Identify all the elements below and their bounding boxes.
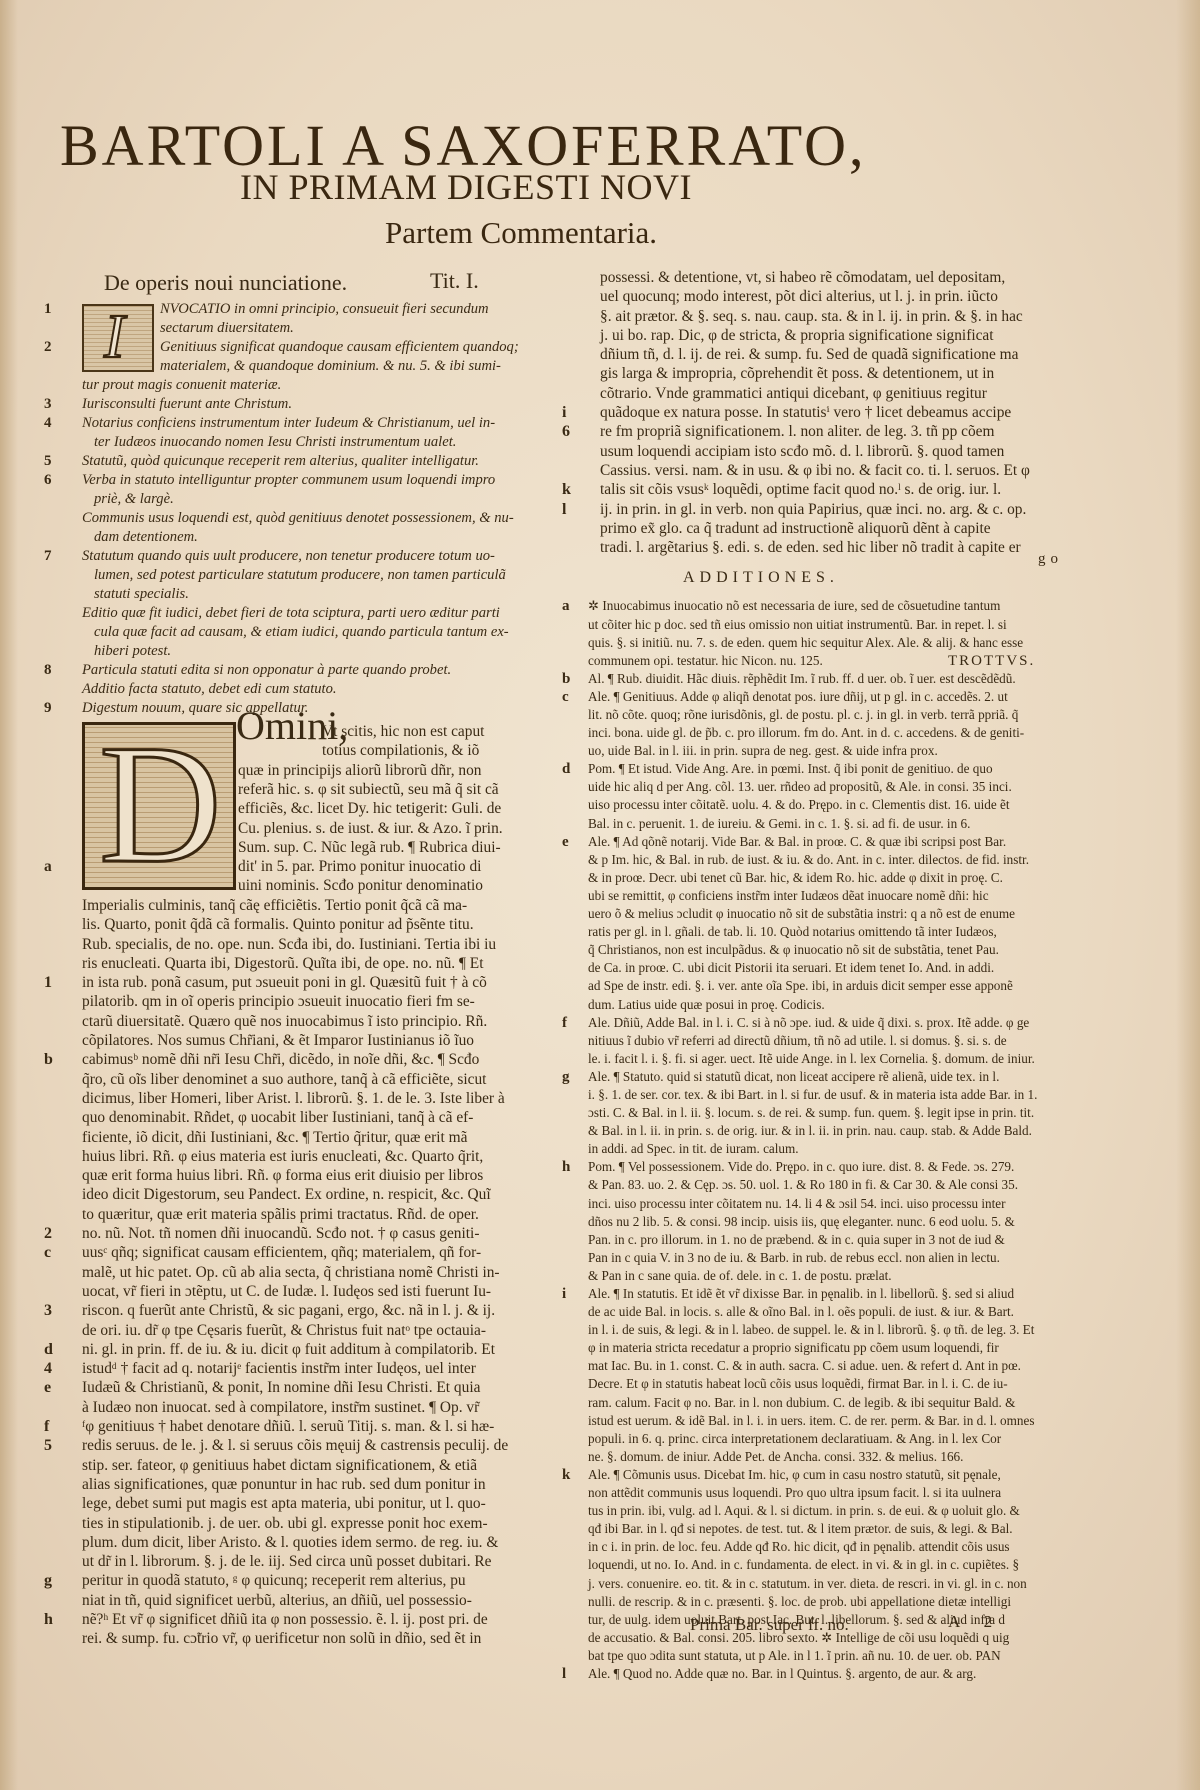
text-line: Vt scitis, hic non est caput bbox=[322, 722, 484, 741]
line-text: dños nu 2 lib. 5. & consi. 98 incip. uis… bbox=[588, 1213, 1015, 1231]
line-text: dñium tñ, d. l. ij. de rei. & sump. fu. … bbox=[600, 345, 1018, 364]
page-subtitle: Partem Commentaria. bbox=[385, 215, 657, 251]
text-line: eIudæũ & Christianũ, & ponit, In nomine … bbox=[30, 1378, 550, 1397]
summary-item: materialem, & quandoque dominium. & nu. … bbox=[30, 357, 550, 376]
text-line: bat tpe quo ɔdita sunt statuta, ut p Ale… bbox=[548, 1647, 1128, 1665]
book-page: BARTOLI A SAXOFERRATO, IN PRIMAM DIGESTI… bbox=[0, 0, 1200, 1790]
text-line: bcabimusᵇ nomẽ dñi nr̃i Iesu Chr̃i, dicẽ… bbox=[30, 1050, 550, 1069]
summary-number: 2 bbox=[44, 338, 52, 357]
line-text: pilatorib. qm in oĩ operis principio ɔsu… bbox=[82, 992, 475, 1011]
text-line: nulli. de rescrip. & in c. præsenti. §. … bbox=[548, 1593, 1128, 1611]
commentary-text-continued: possessi. & detentione, vt, si habeo rẽ … bbox=[548, 268, 1128, 557]
line-text: ratis per gl. in l. gñali. de tab. li. 1… bbox=[588, 923, 997, 941]
text-line: Imperialis culminis, tanq̃ cãę efficiẽti… bbox=[30, 896, 550, 915]
summary-item: statuti specialis. bbox=[30, 585, 550, 604]
text-line: ratis per gl. in l. gñali. de tab. li. 1… bbox=[548, 923, 1128, 941]
text-line: non attẽdit communis usus loquendi. Pro … bbox=[548, 1484, 1128, 1502]
line-text: φ in materia stricta recedatur a proprio… bbox=[588, 1339, 999, 1357]
text-line: 4istudᵈ † facit ad q. notarijᵉ facientis… bbox=[30, 1359, 550, 1378]
text-line: Pan in c quia V. in 3 no de iu. & Barb. … bbox=[548, 1249, 1128, 1267]
line-text: ad Spe de instr. edi. §. i. ver. ante oĩ… bbox=[588, 977, 1013, 995]
text-line: uide hic aliq d per Ang. cõl. 13. uer. r… bbox=[548, 778, 1128, 796]
line-text: no. nũ. Not. tñ nomen dñi inuocandũ. Scđ… bbox=[82, 1224, 479, 1243]
summary-item: 6Verba in statuto intelliguntur propter … bbox=[30, 471, 550, 490]
line-text: uiso processu inter cõitatẽ. uolu. 4. & … bbox=[588, 796, 1010, 814]
line-text: ni. gl. in prin. ff. de iu. & iu. dicit … bbox=[82, 1340, 495, 1359]
summary-text: sectarum diuersitatem. bbox=[160, 319, 294, 338]
summary-text: Notarius conficiens instrumentum inter I… bbox=[82, 414, 495, 433]
summary-text: tur prout magis conuenit materiæ. bbox=[82, 376, 281, 395]
line-text: dum. Latius uide quæ posui in proę. Codi… bbox=[588, 996, 825, 1014]
line-text: Bal. in c. peruenit. 1. de iureiu. & Gem… bbox=[588, 815, 970, 833]
line-text: uo, uide Bal. in l. iii. in prin. supra … bbox=[588, 742, 938, 760]
text-line: §. ait prætor. & §. seq. s. nau. caup. s… bbox=[548, 307, 1128, 326]
line-text: Ale. Dñiũ, Adde Bal. in l. i. C. si à nõ… bbox=[588, 1014, 1029, 1032]
text-line: ktalis sit cõis vsusᵏ loquẽdi, optime fa… bbox=[548, 480, 1128, 499]
line-text: istud est uerum. & idẽ Bal. in l. i. in … bbox=[588, 1412, 1034, 1430]
text-line: Decre. Et φ in statutis habeat locũ cõis… bbox=[548, 1375, 1128, 1393]
line-text: uel quocunq; modo interest, põt dici alt… bbox=[600, 287, 998, 306]
text-line: dñium tñ, d. l. ij. de rei. & sump. fu. … bbox=[548, 345, 1128, 364]
line-text: to quæritur, quæ erit materia spãlis pri… bbox=[82, 1205, 479, 1224]
summary-item: hiberi potest. bbox=[30, 642, 550, 661]
line-text: istudᵈ † facit ad q. notarijᵉ facientis … bbox=[82, 1359, 476, 1378]
line-text: tradi. l. argẽtarius §. edi. s. de eden.… bbox=[600, 538, 1021, 557]
summary-text: hiberi potest. bbox=[94, 642, 171, 661]
text-line: malẽ, ut hic patet. Op. cũ ab alia secta… bbox=[30, 1263, 550, 1282]
margin-note-letter: f bbox=[562, 1014, 567, 1032]
text-line: uiso processu inter cõitatẽ. uolu. 4. & … bbox=[548, 796, 1128, 814]
margin-note-letter: g bbox=[562, 1068, 570, 1086]
summary-text: lumen, sed potest particulare statutum p… bbox=[94, 566, 506, 585]
summary-text: Editio quæ fit iudici, debet fieri de to… bbox=[82, 604, 500, 623]
line-text: non attẽdit communis usus loquendi. Pro … bbox=[588, 1484, 1001, 1502]
text-line: quo denominabit. Rñdet, φ uocabit liber … bbox=[30, 1108, 550, 1127]
margin-note-letter: c bbox=[44, 1243, 51, 1262]
text-line: cõtrario. Vnde grammatici antiqui diceba… bbox=[548, 384, 1128, 403]
line-text: lege, debet sumi put magis est apta mate… bbox=[82, 1494, 486, 1513]
line-text: usum loquendi accipiam isto scđo mõ. d. … bbox=[600, 442, 1004, 461]
line-text: cõtrario. Vnde grammatici antiqui diceba… bbox=[600, 384, 987, 403]
right-column: possessi. & detentione, vt, si habeo rẽ … bbox=[548, 268, 1128, 1683]
line-text: riscon. q fuerũt ante Christũ, & sic pag… bbox=[82, 1301, 495, 1320]
text-line: ut dr̃ in l. librorum. §. j. de le. iij.… bbox=[30, 1552, 550, 1571]
line-text: uusᶜ qñq; significat causam efficientem,… bbox=[82, 1243, 481, 1262]
text-line: ris enucleati. Quarta ibi, Digestorũ. Qu… bbox=[30, 954, 550, 973]
margin-note-letter: 5 bbox=[44, 1436, 52, 1455]
line-text: ram. calum. Facit φ no. Bar. in l. non d… bbox=[588, 1394, 1015, 1412]
text-line: i. §. 1. de ser. cor. tex. & ibi Bart. i… bbox=[548, 1086, 1128, 1104]
text-line: & p Im. hic, & Bal. in rub. de iust. & i… bbox=[548, 851, 1128, 869]
summary-text: Verba in statuto intelliguntur propter c… bbox=[82, 471, 495, 490]
summary-item: priè, & largè. bbox=[30, 490, 550, 509]
text-line: cõpilatores. Nos sumus Chr̃iani, & ẽt Im… bbox=[30, 1031, 550, 1050]
text-line: populi. in 6. q. princ. circa interpreta… bbox=[548, 1430, 1128, 1448]
line-text: & in proœ. Decr. ubi tenet cũ Bar. hic, … bbox=[588, 869, 1003, 887]
text-line: de ori. iu. dr̃ φ tpe Cęsaris fuerũt, & … bbox=[30, 1321, 550, 1340]
margin-note-letter: i bbox=[562, 1285, 566, 1303]
text-line: uini nominis. Scđo ponitur denominatio bbox=[238, 876, 483, 895]
text-line: ut cõiter hic p doc. sed tñ eius omissio… bbox=[548, 616, 1128, 634]
text-line: le. i. facit l. i. §. fi. si ager. uect.… bbox=[548, 1050, 1128, 1068]
summary-item: sectarum diuersitatem. bbox=[30, 319, 550, 338]
line-text: de Ca. in proœ. C. ubi dicit Pistorii it… bbox=[588, 959, 994, 977]
line-text: quãdoque ex natura posse. In statutisⁱ v… bbox=[600, 403, 1011, 422]
line-text: quæ erit forma huius libri. Rñ. φ forma … bbox=[82, 1166, 483, 1185]
text-line: plum. dum dicit, liber Aristo. & l. quot… bbox=[30, 1533, 550, 1552]
line-text: communem opi. testatur. hic Nicon. nu. 1… bbox=[588, 652, 823, 670]
text-line: ctarũ diuersitatẽ. Quæro quẽ nos inuocab… bbox=[30, 1012, 550, 1031]
margin-note-letter: b bbox=[562, 670, 570, 688]
text-line: pilatorib. qm in oĩ operis principio ɔsu… bbox=[30, 992, 550, 1011]
margin-note-letter: k bbox=[562, 1466, 570, 1484]
line-text: rei. & sump. fu. cɔ̃trio vr̃, φ uerifice… bbox=[82, 1629, 481, 1648]
text-line: in c i. in prin. de loc. feu. Adde qđ Ro… bbox=[548, 1538, 1128, 1556]
line-text: populi. in 6. q. princ. circa interpreta… bbox=[588, 1430, 1001, 1448]
text-line: 1in ista rub. ponã casum, put ɔsueuit po… bbox=[30, 973, 550, 992]
line-text: nitiuus ĩ dubio vr̃ referri ad directũ d… bbox=[588, 1032, 1007, 1050]
additiones-heading: ADDITIONES. go bbox=[548, 557, 1128, 597]
line-text: stip. ser. fateor, φ genitiuus habet dic… bbox=[82, 1456, 477, 1475]
text-line: ram. calum. Facit φ no. Bar. in l. non d… bbox=[548, 1394, 1128, 1412]
line-text: Al. ¶ Rub. diuidit. Hãc diuis. rẽphẽdit … bbox=[588, 670, 1016, 688]
summary-text: Communis usus loquendi est, quòd genitiu… bbox=[82, 509, 514, 528]
line-text: dicimus, liber Homeri, liber Arist. l. l… bbox=[82, 1089, 505, 1108]
text-line: usum loquendi accipiam isto scđo mõ. d. … bbox=[548, 442, 1128, 461]
text-line: q̃ro, cũ oĩs liber denominet a suo autho… bbox=[30, 1070, 550, 1089]
line-text: in l. i. de suis, & legi. & in l. labeo.… bbox=[588, 1321, 1034, 1339]
line-text: ties in stipulationib. j. de uer. ob. ub… bbox=[82, 1514, 488, 1533]
line-text: q̃ Christianos, non est inculpãdus. & φ … bbox=[588, 941, 999, 959]
additiones-notes: a✲ Inuocabimus inuocatio nõ est necessar… bbox=[548, 597, 1128, 1683]
line-text: mat Iac. Bu. in 1. const. C. & in auth. … bbox=[588, 1357, 1021, 1375]
text-line: 2no. nũ. Not. tñ nomen dñi inuocandũ. Sc… bbox=[30, 1224, 550, 1243]
margin-note-letter: d bbox=[44, 1340, 53, 1359]
section-number: Tit. I. bbox=[430, 268, 479, 294]
margin-note-letter: 3 bbox=[44, 1301, 52, 1320]
text-line: kAle. ¶ Cõmunis usus. Dicebat Im. hic, φ… bbox=[548, 1466, 1128, 1484]
text-line: a✲ Inuocabimus inuocatio nõ est necessar… bbox=[548, 597, 1128, 615]
text-line: istud est uerum. & idẽ Bal. in l. i. in … bbox=[548, 1412, 1128, 1430]
text-line: & in proœ. Decr. ubi tenet cũ Bar. hic, … bbox=[548, 869, 1128, 887]
line-text: Ale. ¶ Ad qõnẽ notarij. Vide Bar. & Bal.… bbox=[588, 833, 1006, 851]
text-line: in l. i. de suis, & legi. & in l. labeo.… bbox=[548, 1321, 1128, 1339]
margin-note-letter: f bbox=[44, 1417, 49, 1436]
text-line: gis larga & impropria, cõprehendit ẽt po… bbox=[548, 364, 1128, 383]
text-line: iAle. ¶ In statutis. Et idẽ ẽt vr̃ dixis… bbox=[548, 1285, 1128, 1303]
page-signature: A 2 bbox=[948, 1612, 1002, 1632]
summary-item: lumen, sed potest particulare statutum p… bbox=[30, 566, 550, 585]
text-line: gperitur in quodã statuto, ᵍ φ quicunq; … bbox=[30, 1571, 550, 1590]
line-text: bat tpe quo ɔdita sunt statuta, ut p Ale… bbox=[588, 1647, 1001, 1665]
additiones-title: ADDITIONES. bbox=[683, 569, 839, 587]
line-text: Imperialis culminis, tanq̃ cãę efficiẽti… bbox=[82, 896, 467, 915]
line-text: alias significationes, quæ ponuntur in h… bbox=[82, 1475, 486, 1494]
text-line: hnẽ?ʰ Et vr̃ φ significet dñiũ ita φ non… bbox=[30, 1610, 550, 1629]
summary-item: 7Statutum quando quis uult producere, no… bbox=[30, 547, 550, 566]
text-line: huius libri. Rñ. φ eius materia est iuri… bbox=[30, 1147, 550, 1166]
line-text: redis seruus. de le. j. & l. si seruus c… bbox=[82, 1436, 508, 1455]
margin-note-letter: g bbox=[44, 1571, 52, 1590]
summary-number: 8 bbox=[44, 661, 52, 680]
margin-note-letter: e bbox=[44, 1378, 51, 1397]
text-line: nitiuus ĩ dubio vr̃ referri ad directũ d… bbox=[548, 1032, 1128, 1050]
line-text: q̃ro, cũ oĩs liber denominet a suo autho… bbox=[82, 1070, 486, 1089]
line-text: uero õ & melius ɔcludit φ inuocatio nõ s… bbox=[588, 905, 1015, 923]
text-line: fAle. Dñiũ, Adde Bal. in l. i. C. si à n… bbox=[548, 1014, 1128, 1032]
summary-item: 8Particula statuti edita si non opponatu… bbox=[30, 661, 550, 680]
margin-note-letter: h bbox=[44, 1610, 53, 1629]
text-line: cuusᶜ qñq; significat causam efficientem… bbox=[30, 1243, 550, 1262]
line-text: inci. uiso processu inter cõitatem nu. 1… bbox=[588, 1195, 1006, 1213]
line-text: inci. bona. uide gl. de p̃b. c. pro illo… bbox=[588, 724, 1024, 742]
text-line: cAle. ¶ Genitiuus. Adde φ aliqñ denotat … bbox=[548, 688, 1128, 706]
line-text: peritur in quodã statuto, ᵍ φ quicunq; r… bbox=[82, 1571, 466, 1590]
line-text: loquendi, ut no. Io. And. in c. fundamen… bbox=[588, 1556, 1019, 1574]
line-text: de ac uide Bal. in locis. s. alle & oĩno… bbox=[588, 1303, 1014, 1321]
summary-text: Iurisconsulti fuerunt ante Christum. bbox=[82, 395, 292, 414]
line-text: ne. §. domum. de iniur. Adde Pet. de Anc… bbox=[588, 1448, 963, 1466]
text-line: primo ex̃ glo. ca q̃ tradunt ad instruct… bbox=[548, 519, 1128, 538]
line-text: quis. §. si initiũ. nu. 7. s. de eden. q… bbox=[588, 634, 1023, 652]
line-text: Ale. ¶ Statuto. quid si statutũ dicat, n… bbox=[588, 1068, 999, 1086]
summary-text: Genitiuus significat quandoque causam ef… bbox=[160, 338, 519, 357]
text-line: uocat, vr̃ fieri in ɔtẽptu, ut C. de Iud… bbox=[30, 1282, 550, 1301]
summary-number: 4 bbox=[44, 414, 52, 433]
line-text: Ale. ¶ Cõmunis usus. Dicebat Im. hic, φ … bbox=[588, 1466, 1001, 1484]
text-line: rei. & sump. fu. cɔ̃trio vr̃, φ uerifice… bbox=[30, 1629, 550, 1648]
page-edge-left bbox=[0, 0, 18, 1790]
text-line: & Pan. 83. uo. 2. & Cęp. ɔs. 50. uol. 1.… bbox=[548, 1176, 1128, 1194]
text-line: 3riscon. q fuerũt ante Christũ, & sic pa… bbox=[30, 1301, 550, 1320]
text-line: bAl. ¶ Rub. diuidit. Hãc diuis. rẽphẽdit… bbox=[548, 670, 1128, 688]
summary-text: Particula statuti edita si non opponatur… bbox=[82, 661, 451, 680]
text-line: 5redis seruus. de le. j. & l. si seruus … bbox=[30, 1436, 550, 1455]
text-line: ubi se remittit, φ conficiens instr̃m in… bbox=[548, 887, 1128, 905]
summary-item: 3Iurisconsulti fuerunt ante Christum. bbox=[30, 395, 550, 414]
footer-signature-line: Prima Bar. super ff. no. bbox=[690, 1615, 849, 1635]
line-text: in c i. in prin. de loc. feu. Adde qđ Ro… bbox=[588, 1538, 1010, 1556]
text-line: ɔsti. C. & Bal. in l. ii. §. locum. s. d… bbox=[548, 1104, 1128, 1122]
text-line: lege, debet sumi put magis est apta mate… bbox=[30, 1494, 550, 1513]
line-text: & Pan. 83. uo. 2. & Cęp. ɔs. 50. uol. 1.… bbox=[588, 1176, 1018, 1194]
text-line: in addi. ad Spec. in tit. de iuram. calu… bbox=[548, 1140, 1128, 1158]
line-text: le. i. facit l. i. §. fi. si ager. uect.… bbox=[588, 1050, 1035, 1068]
line-text: Cassius. versi. nam. & in usu. & φ ibi n… bbox=[600, 461, 1030, 480]
margin-note-letter: d bbox=[562, 760, 570, 778]
text-line: de Ca. in proœ. C. ubi dicit Pistorii it… bbox=[548, 959, 1128, 977]
line-text: §. ait prætor. & §. seq. s. nau. caup. s… bbox=[600, 307, 1023, 326]
margin-note-letter: e bbox=[562, 833, 569, 851]
line-text: ubi se remittit, φ conficiens instr̃m in… bbox=[588, 887, 989, 905]
margin-note-letter: 4 bbox=[44, 1359, 52, 1378]
line-text: i. §. 1. de ser. cor. tex. & ibi Bart. i… bbox=[588, 1086, 1037, 1104]
text-line: possessi. & detentione, vt, si habeo rẽ … bbox=[548, 268, 1128, 287]
woodcut-initial-d-icon: D bbox=[82, 722, 236, 890]
line-text: Decre. Et φ in statutis habeat locũ cõis… bbox=[588, 1375, 1008, 1393]
page-title-work: IN PRIMAM DIGESTI NOVI bbox=[240, 166, 692, 208]
text-line: φ in materia stricta recedatur a proprio… bbox=[548, 1339, 1128, 1357]
text-line: à Iudæo non inuocat. sed à compilatore, … bbox=[30, 1398, 550, 1417]
text-line: quæ erit forma huius libri. Rñ. φ forma … bbox=[30, 1166, 550, 1185]
text-line: Cassius. versi. nam. & in usu. & φ ibi n… bbox=[548, 461, 1128, 480]
margin-note-letter: h bbox=[562, 1158, 570, 1176]
text-line: Pan. in c. pro illorum. in 1. no de præb… bbox=[548, 1231, 1128, 1249]
line-text: Pan in c quia V. in 3 no de iu. & Barb. … bbox=[588, 1249, 1000, 1267]
summary-item: Additio facta statuto, debet edi cum sta… bbox=[30, 680, 550, 699]
text-line: dicimus, liber Homeri, liber Arist. l. l… bbox=[30, 1089, 550, 1108]
line-text: lit. nõ cõte. quoq; rõne iurisdõnis, gl.… bbox=[588, 706, 1018, 724]
line-text: in ista rub. ponã casum, put ɔsueuit pon… bbox=[82, 973, 487, 992]
text-line: ficiente, iõ dicit, dñi Iustiniani, &c. … bbox=[30, 1128, 550, 1147]
line-text: ᶠφ genitiuus † habet denotare dñiũ. l. s… bbox=[82, 1417, 494, 1436]
page-edge-right bbox=[1176, 0, 1200, 1790]
text-line: inci. uiso processu inter cõitatem nu. 1… bbox=[548, 1195, 1128, 1213]
text-line: lit. nõ cõte. quoq; rõne iurisdõnis, gl.… bbox=[548, 706, 1128, 724]
line-text: ficiente, iõ dicit, dñi Iustiniani, &c. … bbox=[82, 1128, 467, 1147]
text-line: quæ in principijs aliorũ librorũ dñr, no… bbox=[238, 761, 481, 780]
line-text: Rub. specialis, de no. ope. nun. Scđa ib… bbox=[82, 935, 496, 954]
text-line: & Bal. in l. ii. in prin. s. de orig. iu… bbox=[548, 1122, 1128, 1140]
line-text: & p Im. hic, & Bal. in rub. de iust. & i… bbox=[588, 851, 1029, 869]
line-text: huius libri. Rñ. φ eius materia est iuri… bbox=[82, 1147, 483, 1166]
line-text: cabimusᵇ nomẽ dñi nr̃i Iesu Chr̃i, dicẽd… bbox=[82, 1050, 479, 1069]
text-line: ties in stipulationib. j. de uer. ob. ub… bbox=[30, 1514, 550, 1533]
text-line: lij. in prin. in gl. in verb. non quia P… bbox=[548, 500, 1128, 519]
margin-note-letter: 6 bbox=[562, 422, 570, 441]
summary-text: Additio facta statuto, debet edi cum sta… bbox=[82, 680, 337, 699]
summary-text: NVOCATIO in omni principio, consueuit fi… bbox=[160, 300, 489, 319]
margin-note-letter: k bbox=[562, 480, 571, 499]
line-text: primo ex̃ glo. ca q̃ tradunt ad instruct… bbox=[600, 519, 991, 538]
summary-item: tur prout magis conuenit materiæ. bbox=[30, 376, 550, 395]
text-line: lAle. ¶ Quod no. Adde quæ no. Bar. in l … bbox=[548, 1665, 1128, 1683]
section-heading: De operis noui nunciatione. Tit. I. bbox=[30, 268, 550, 300]
text-line: inci. bona. uide gl. de p̃b. c. pro illo… bbox=[548, 724, 1128, 742]
line-text: niat in tñ, quid significet uerbũ, alter… bbox=[82, 1591, 472, 1610]
text-line: dit' in 5. par. Primo ponitur inuocatio … bbox=[238, 857, 481, 876]
text-line: communem opi. testatur. hic Nicon. nu. 1… bbox=[548, 652, 1128, 670]
line-text: ideo dicit Digestorum, seu Pandect. Ex o… bbox=[82, 1185, 491, 1204]
summary-item: 4Notarius conficiens instrumentum inter … bbox=[30, 414, 550, 433]
line-text: uocat, vr̃ fieri in ɔtẽptu, ut C. de Iud… bbox=[82, 1282, 491, 1301]
summary-item: 2Genitiuus significat quandoque causam e… bbox=[30, 338, 550, 357]
text-line: to quæritur, quæ erit materia spãlis pri… bbox=[30, 1205, 550, 1224]
text-line: Rub. specialis, de no. ope. nun. Scđa ib… bbox=[30, 935, 550, 954]
line-text: ut cõiter hic p doc. sed tñ eius omissio… bbox=[588, 616, 1007, 634]
summary-item: ter Iudæos inuocando nomen Iesu Christi … bbox=[30, 433, 550, 452]
line-text: lis. Quarto, ponit q̃dã cã formalis. Qui… bbox=[82, 915, 474, 934]
text-line: j. ui bo. rap. Dic, φ de stricta, & prop… bbox=[548, 326, 1128, 345]
line-text: plum. dum dicit, liber Aristo. & l. quot… bbox=[82, 1533, 498, 1552]
summary-text: cula quæ facit ad causam, & etiam iudici… bbox=[94, 623, 509, 642]
commentary-text: D Omini,Vt scitis, hic non est caputtoti… bbox=[30, 722, 550, 1649]
text-line: Cu. plenius. s. de iust. & iur. & Azo. ĩ… bbox=[238, 819, 503, 838]
summary-item: dam detentionem. bbox=[30, 528, 550, 547]
line-text: cõpilatores. Nos sumus Chr̃iani, & ẽt Im… bbox=[82, 1031, 474, 1050]
text-line: dños nu 2 lib. 5. & consi. 98 incip. uis… bbox=[548, 1213, 1128, 1231]
left-column: De operis noui nunciatione. Tit. I. I 1N… bbox=[30, 268, 550, 1649]
line-text: Pom. ¶ Et istud. Vide Ang. Are. in pœmi.… bbox=[588, 760, 993, 778]
line-text: quo denominabit. Rñdet, φ uocabit liber … bbox=[82, 1108, 473, 1127]
text-line: efficiẽs, &c. licet Dy. hic tetigerit: G… bbox=[238, 799, 501, 818]
line-text: nẽ?ʰ Et vr̃ φ significet dñiũ ita φ non … bbox=[82, 1610, 488, 1629]
summary-number: 7 bbox=[44, 547, 52, 566]
line-text: possessi. & detentione, vt, si habeo rẽ … bbox=[600, 268, 1005, 287]
summary-number: 5 bbox=[44, 452, 52, 471]
text-line: dum. Latius uide quæ posui in proę. Codi… bbox=[548, 996, 1128, 1014]
line-text: & Bal. in l. ii. in prin. s. de orig. iu… bbox=[588, 1122, 1032, 1140]
text-line: ideo dicit Digestorum, seu Pandect. Ex o… bbox=[30, 1185, 550, 1204]
summary-text: statuti specialis. bbox=[94, 585, 189, 604]
line-text: j. vers. conuenire. eo. tit. & in c. sta… bbox=[588, 1575, 1027, 1593]
line-text: ctarũ diuersitatẽ. Quæro quẽ nos inuocab… bbox=[82, 1012, 487, 1031]
summary-text: dam detentionem. bbox=[94, 528, 198, 547]
text-line: dni. gl. in prin. ff. de iu. & iu. dicit… bbox=[30, 1340, 550, 1359]
summary-item: 1NVOCATIO in omni principio, consueuit f… bbox=[30, 300, 550, 319]
text-line: referã hic. s. φ sit subiectũ, seu mã q̃… bbox=[238, 780, 499, 799]
summary-text: ter Iudæos inuocando nomen Iesu Christi … bbox=[94, 433, 456, 452]
text-line: fᶠφ genitiuus † habet denotare dñiũ. l. … bbox=[30, 1417, 550, 1436]
line-text: re fm propriã significationem. l. non al… bbox=[600, 422, 995, 441]
line-text: tus in prin. ibi, vulg. ad l. Aqui. & l.… bbox=[588, 1502, 1020, 1520]
text-line: eAle. ¶ Ad qõnẽ notarij. Vide Bar. & Bal… bbox=[548, 833, 1128, 851]
margin-note-letter: i bbox=[562, 403, 566, 422]
text-line: Bal. in c. peruenit. 1. de iureiu. & Gem… bbox=[548, 815, 1128, 833]
text-line: mat Iac. Bu. in 1. const. C. & in auth. … bbox=[548, 1357, 1128, 1375]
text-line: totius compilationis, & iõ bbox=[322, 741, 479, 760]
margin-note-letter: c bbox=[562, 688, 569, 706]
margin-note-letter: l bbox=[562, 500, 566, 519]
line-text: Pom. ¶ Vel possessionem. Vide do. Prępo.… bbox=[588, 1158, 1014, 1176]
summary-number: 1 bbox=[44, 300, 52, 319]
line-text: Iudæũ & Christianũ, & ponit, In nomine d… bbox=[82, 1378, 480, 1397]
line-text: ✲ Inuocabimus inuocatio nõ est necessari… bbox=[588, 597, 1000, 615]
text-line: tus in prin. ibi, vulg. ad l. Aqui. & l.… bbox=[548, 1502, 1128, 1520]
margin-note-letter: a bbox=[562, 597, 570, 615]
line-text: talis sit cõis vsusᵏ loquẽdi, optime fac… bbox=[600, 480, 1001, 499]
line-text: de ori. iu. dr̃ φ tpe Cęsaris fuerũt, & … bbox=[82, 1321, 486, 1340]
text-line: 6re fm propriã significationem. l. non a… bbox=[548, 422, 1128, 441]
text-line: quis. §. si initiũ. nu. 7. s. de eden. q… bbox=[548, 634, 1128, 652]
line-text: Ale. ¶ In statutis. Et idẽ ẽt vr̃ dixiss… bbox=[588, 1285, 1014, 1303]
line-text: & Pan in c sane quia. de of. dele. in c.… bbox=[588, 1267, 892, 1285]
margin-note-letter: b bbox=[44, 1050, 53, 1069]
text-line: uo, uide Bal. in l. iii. in prin. supra … bbox=[548, 742, 1128, 760]
section-title: De operis noui nunciatione. bbox=[104, 270, 347, 296]
text-line: q̃ Christianos, non est inculpãdus. & φ … bbox=[548, 941, 1128, 959]
line-text: ɔsti. C. & Bal. in l. ii. §. locum. s. d… bbox=[588, 1104, 1034, 1122]
summary-list: I 1NVOCATIO in omni principio, consueuit… bbox=[30, 300, 550, 718]
margin-note-letter: a bbox=[44, 857, 52, 876]
text-line: & Pan in c sane quia. de of. dele. in c.… bbox=[548, 1267, 1128, 1285]
text-line: niat in tñ, quid significet uerbũ, alter… bbox=[30, 1591, 550, 1610]
line-text: qđ ibi Bar. in l. qđ si nepotes. de test… bbox=[588, 1520, 1013, 1538]
text-line: ad Spe de instr. edi. §. i. ver. ante oĩ… bbox=[548, 977, 1128, 995]
line-text: gis larga & impropria, cõprehendit ẽt po… bbox=[600, 364, 994, 383]
text-line: lis. Quarto, ponit q̃dã cã formalis. Qui… bbox=[30, 915, 550, 934]
line-text: Ale. ¶ Quod no. Adde quæ no. Bar. in l Q… bbox=[588, 1665, 976, 1683]
text-line: hPom. ¶ Vel possessionem. Vide do. Prępo… bbox=[548, 1158, 1128, 1176]
line-text: uide hic aliq d per Ang. cõl. 13. uer. r… bbox=[588, 778, 1012, 796]
line-text: à Iudæo non inuocat. sed à compilatore, … bbox=[82, 1398, 479, 1417]
line-text: ij. in prin. in gl. in verb. non quia Pa… bbox=[600, 500, 1026, 519]
margin-note-letter: 2 bbox=[44, 1224, 52, 1243]
summary-item: cula quæ facit ad causam, & etiam iudici… bbox=[30, 623, 550, 642]
line-text: Pan. in c. pro illorum. in 1. no de præb… bbox=[588, 1231, 1005, 1249]
text-line: j. vers. conuenire. eo. tit. & in c. sta… bbox=[548, 1575, 1128, 1593]
line-text: j. ui bo. rap. Dic, φ de stricta, & prop… bbox=[600, 326, 994, 345]
